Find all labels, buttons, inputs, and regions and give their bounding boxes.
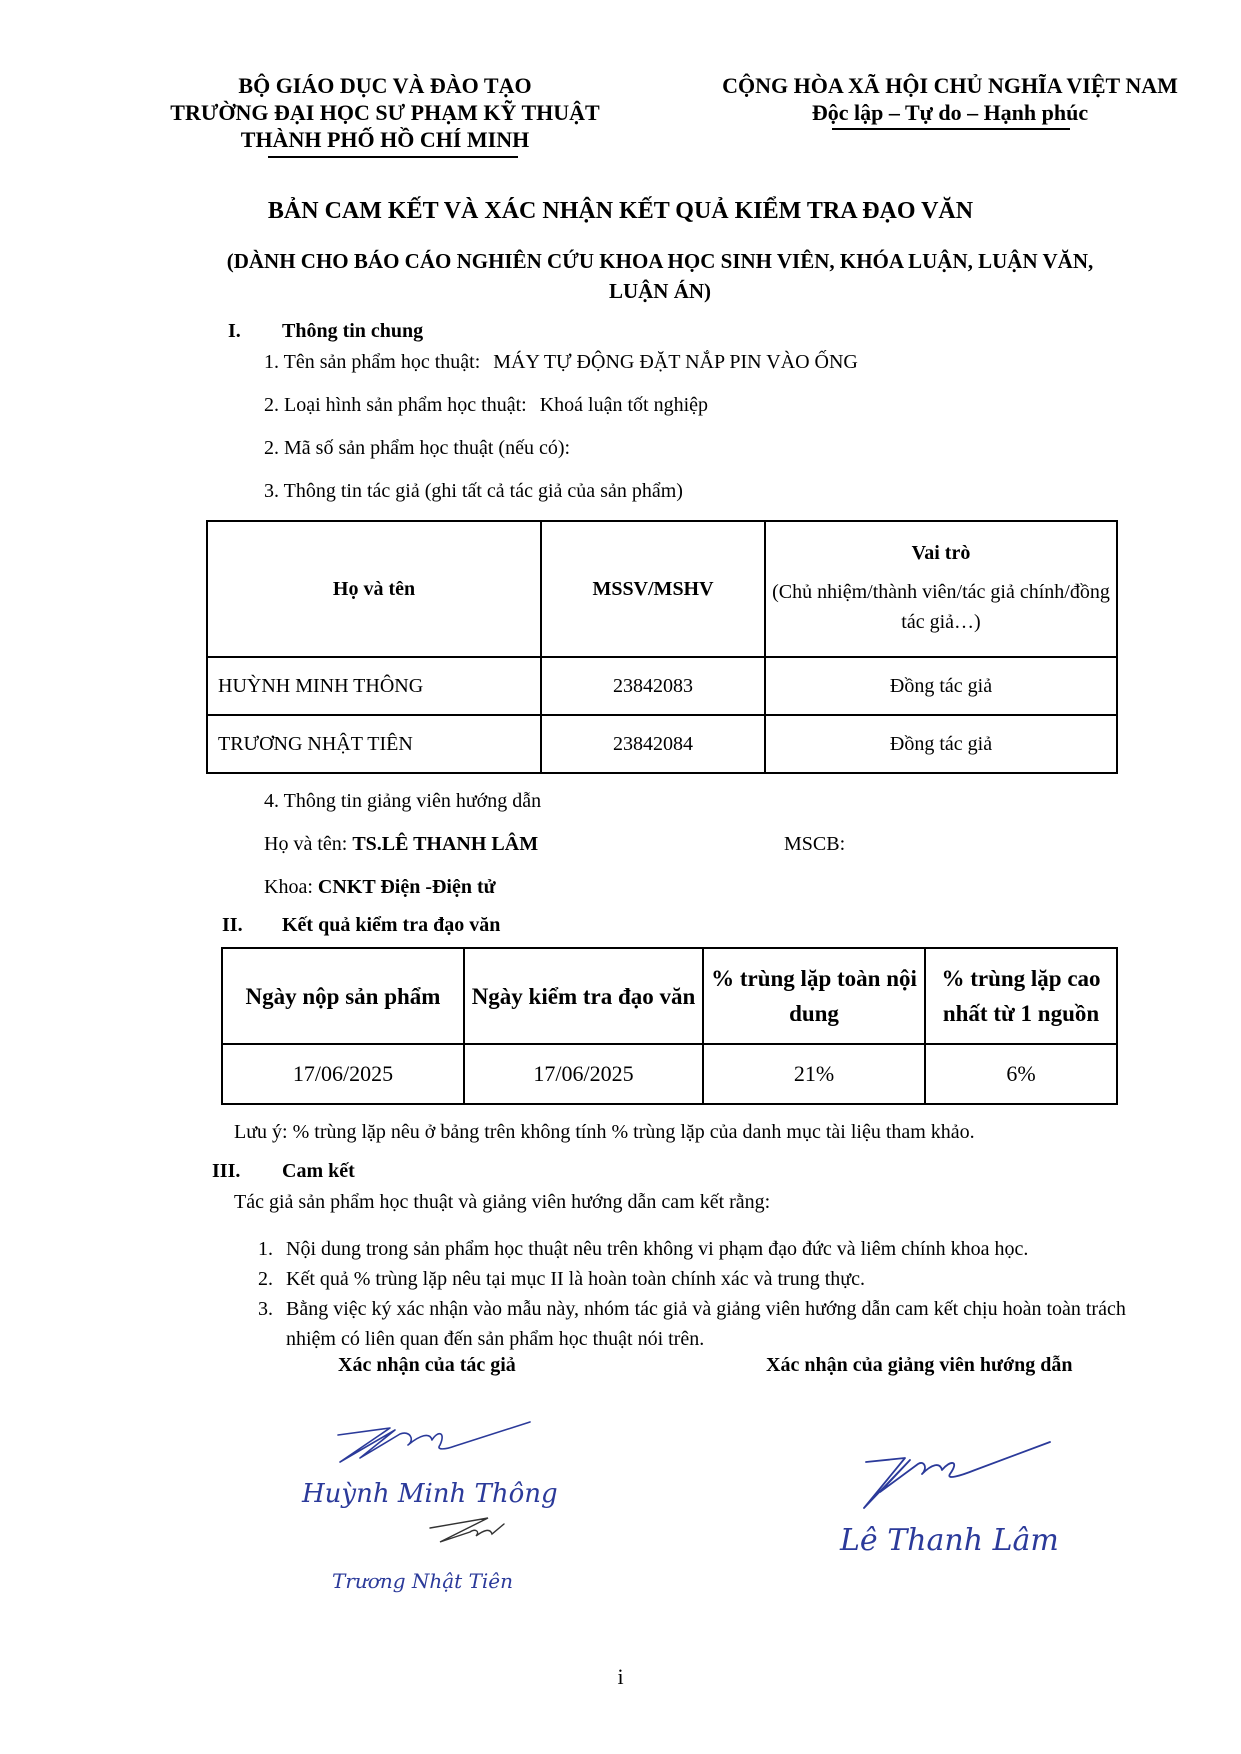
- header-student-id: MSSV/MSHV: [541, 521, 765, 657]
- faculty-value: CNKT Điện -Điện tử: [318, 876, 496, 898]
- header-submission-date: Ngày nộp sản phẩm: [222, 948, 464, 1044]
- header-total-similarity: % trùng lặp toàn nội dung: [703, 948, 925, 1044]
- author1-handwritten-name: Huỳnh Minh Thông: [301, 1479, 558, 1509]
- table-row: TRƯƠNG NHẬT TIÊN 23842084 Đồng tác giả: [207, 715, 1117, 773]
- author-signatures-image: Huỳnh Minh Thông Trương Nhật Tiên: [240, 1390, 620, 1610]
- document-subtitle: (DÀNH CHO BÁO CÁO NGHIÊN CỨU KHOA HỌC SI…: [210, 246, 1110, 306]
- section-2-heading: Kết quả kiểm tra đạo văn: [282, 914, 500, 937]
- advisor-confirmation-label: Xác nhận của giảng viên hướng dẫn: [766, 1354, 1073, 1377]
- ministry-name: BỘ GIÁO DỤC VÀ ĐÀO TẠO: [130, 72, 640, 99]
- author-id: 23842083: [541, 657, 765, 715]
- national-motto: Độc lập – Tự do – Hạnh phúc: [680, 99, 1220, 126]
- plagiarism-results-table: Ngày nộp sản phẩm Ngày kiểm tra đạo văn …: [221, 947, 1118, 1105]
- author2-handwritten-name: Trương Nhật Tiên: [332, 1569, 513, 1593]
- header-role: Vai trò (Chủ nhiệm/thành viên/tác giả ch…: [765, 521, 1117, 657]
- ministry-header: BỘ GIÁO DỤC VÀ ĐÀO TẠO TRƯỜNG ĐẠI HỌC SƯ…: [130, 72, 640, 153]
- advisor-label: 4. Thông tin giảng viên hướng dẫn: [264, 789, 541, 813]
- product-name-value: MÁY TỰ ĐỘNG ĐẶT NẮP PIN VÀO ỐNG: [493, 351, 858, 373]
- authors-table: Họ và tên MSSV/MSHV Vai trò (Chủ nhiệm/t…: [206, 520, 1118, 774]
- header-max-single-source: % trùng lặp cao nhất từ 1 nguồn: [925, 948, 1117, 1044]
- results-table-header: Ngày nộp sản phẩm Ngày kiểm tra đạo văn …: [222, 948, 1117, 1044]
- author-name: HUỲNH MINH THÔNG: [207, 657, 541, 715]
- advisor-signature-image: Lê Thanh Lâm: [800, 1410, 1100, 1590]
- author-role: Đồng tác giả: [765, 657, 1117, 715]
- product-type-label: 2. Loại hình sản phẩm học thuật:: [264, 394, 527, 416]
- table-row: 17/06/2025 17/06/2025 21% 6%: [222, 1044, 1117, 1104]
- section-3-heading: Cam kết: [282, 1160, 355, 1183]
- header-check-date: Ngày kiểm tra đạo văn: [464, 948, 703, 1044]
- faculty-label: Khoa:: [264, 876, 313, 898]
- national-header: CỘNG HÒA XÃ HỘI CHỦ NGHĨA VIỆT NAM Độc l…: [680, 72, 1220, 126]
- section-1-number: I.: [228, 320, 241, 343]
- authors-label: 3. Thông tin tác giả (ghi tất cả tác giả…: [264, 479, 683, 503]
- submission-date: 17/06/2025: [222, 1044, 464, 1104]
- advisor-handwritten-name: Lê Thanh Lâm: [839, 1523, 1059, 1558]
- advisor-name-line: Họ và tên: TS.LÊ THANH LÂM: [264, 832, 538, 856]
- max-single-source-similarity: 6%: [925, 1044, 1117, 1104]
- author-role: Đồng tác giả: [765, 715, 1117, 773]
- header-name: Họ và tên: [207, 521, 541, 657]
- product-type-line: 2. Loại hình sản phẩm học thuật: Khoá lu…: [264, 393, 708, 417]
- university-city: THÀNH PHỐ HỒ CHÍ MINH: [130, 126, 640, 153]
- section-2-number: II.: [222, 914, 243, 937]
- page-number: i: [0, 1664, 1241, 1690]
- header-role-title: Vai trò: [772, 542, 1110, 565]
- commitment-item: Kết quả % trùng lặp nêu tại mục II là ho…: [278, 1264, 1158, 1294]
- advisor-code-label: MSCB:: [784, 832, 845, 856]
- document-title: BẢN CAM KẾT VÀ XÁC NHẬN KẾT QUẢ KIỂM TRA…: [0, 198, 1241, 225]
- faculty-line: Khoa: CNKT Điện -Điện tử: [264, 875, 496, 899]
- advisor-name-label: Họ và tên:: [264, 833, 347, 855]
- section-1-heading: Thông tin chung: [282, 320, 423, 343]
- author-id: 23842084: [541, 715, 765, 773]
- header-right-underline: [832, 128, 1070, 130]
- header-role-note: (Chủ nhiệm/thành viên/tác giả chính/đồng…: [772, 577, 1110, 637]
- product-type-value: Khoá luận tốt nghiệp: [540, 394, 708, 416]
- plagiarism-note: Lưu ý: % trùng lặp nêu ở bảng trên không…: [234, 1120, 975, 1144]
- product-name-line: 1. Tên sản phẩm học thuật: MÁY TỰ ĐỘNG Đ…: [264, 350, 858, 374]
- author-confirmation-label: Xác nhận của tác giả: [338, 1354, 516, 1377]
- check-date: 17/06/2025: [464, 1044, 703, 1104]
- section-3-number: III.: [212, 1160, 240, 1183]
- university-name: TRƯỜNG ĐẠI HỌC SƯ PHẠM KỸ THUẬT: [130, 99, 640, 126]
- total-similarity: 21%: [703, 1044, 925, 1104]
- advisor-name-value: TS.LÊ THANH LÂM: [352, 833, 538, 855]
- product-code-label: 2. Mã số sản phẩm học thuật (nếu có):: [264, 436, 570, 460]
- authors-table-header: Họ và tên MSSV/MSHV Vai trò (Chủ nhiệm/t…: [207, 521, 1117, 657]
- product-name-label: 1. Tên sản phẩm học thuật:: [264, 351, 480, 373]
- author-name: TRƯƠNG NHẬT TIÊN: [207, 715, 541, 773]
- commitment-item: Bằng việc ký xác nhận vào mẫu này, nhóm …: [278, 1294, 1158, 1354]
- commitment-list: Nội dung trong sản phẩm học thuật nêu tr…: [242, 1234, 1158, 1354]
- commitment-item: Nội dung trong sản phẩm học thuật nêu tr…: [278, 1234, 1158, 1264]
- commitment-intro: Tác giả sản phẩm học thuật và giảng viên…: [234, 1190, 770, 1214]
- table-row: HUỲNH MINH THÔNG 23842083 Đồng tác giả: [207, 657, 1117, 715]
- country-name: CỘNG HÒA XÃ HỘI CHỦ NGHĨA VIỆT NAM: [680, 72, 1220, 99]
- header-left-underline: [268, 156, 518, 158]
